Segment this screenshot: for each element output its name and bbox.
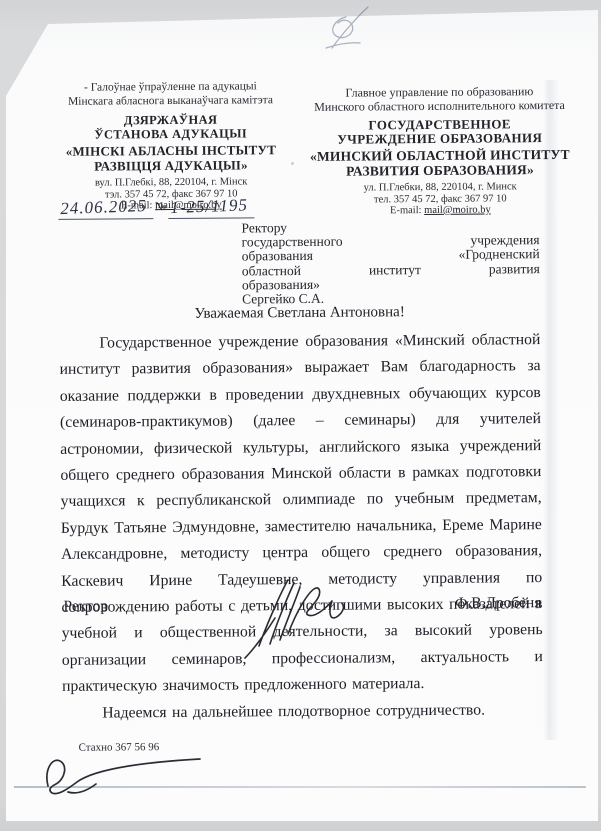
email-address: mail@moiro.by bbox=[424, 204, 491, 216]
letter-body: Государственное учреждение образования «… bbox=[59, 327, 543, 727]
handwritten-initials bbox=[38, 752, 208, 800]
org-type-line: УЧРЕЖДЕНИЕ ОБРАЗОВАНИЯ bbox=[301, 131, 579, 147]
recipient-line: областной институт развития bbox=[242, 262, 540, 279]
letterhead-right: Главное управление по образованию Минско… bbox=[300, 84, 579, 218]
handwritten-date: 24.06.2025 bbox=[60, 196, 147, 219]
email-line: E-mail: mail@moiro.by bbox=[301, 204, 579, 218]
org-name-line: «МІНСКІ АБЛАСНЫ ІНСТЫТУТ bbox=[56, 143, 286, 159]
signer-name: Ф.В.Дробеня bbox=[455, 594, 542, 613]
body-paragraph: Надеемся на дальнейшее плодотворное сотр… bbox=[62, 697, 543, 727]
letterhead-left: - Галоўнае ўпраўленне па адукацыі Мінска… bbox=[55, 80, 286, 212]
org-name-line: РАЗВИТИЯ ОБРАЗОВАНИЯ» bbox=[301, 162, 579, 179]
handwritten-signature bbox=[237, 572, 352, 660]
number-sign: № bbox=[155, 199, 167, 214]
authority-line: - Галоўнае ўпраўленне па адукацыі bbox=[55, 80, 285, 95]
email-label: E-mail: bbox=[390, 205, 422, 216]
authority-line: Минского областного исполнительного коми… bbox=[300, 98, 578, 114]
salutation: Уважаемая Светлана Антоновна! bbox=[59, 303, 540, 324]
org-type-line: ЎСТАНОВА АДУКАЦЫІ bbox=[56, 126, 286, 142]
signer-position: Ректор bbox=[63, 598, 108, 616]
reference-line: 24.06.2025№1-25/1195 bbox=[58, 196, 308, 220]
authority-line: Мінскага абласнога выканаўчага камітэта bbox=[55, 94, 285, 109]
recipient-block: Ректору государственного учреждения обра… bbox=[241, 219, 540, 307]
handwritten-ref-number: 1-25/1195 bbox=[170, 195, 248, 218]
scanned-letter: - Галоўнае ўпраўленне па адукацыі Мінска… bbox=[0, 0, 601, 831]
org-name-line: РАЗВІЦЦЯ АДУКАЦЫІ» bbox=[56, 158, 286, 174]
